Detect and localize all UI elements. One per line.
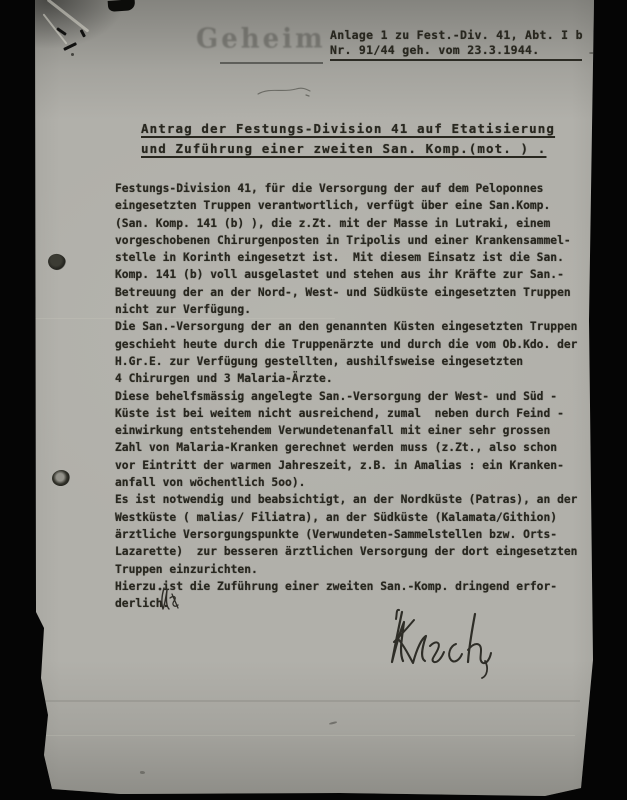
text-line: Truppen einzurichten. [115, 561, 585, 578]
handwritten-initials [158, 585, 184, 615]
hole-punch [46, 252, 68, 272]
text-line: Westküste ( malias/ Filiatra), an der Sü… [115, 509, 585, 526]
text-line: ärztliche Versorgungspunkte (Verwundeten… [115, 526, 585, 543]
document-page: Geheim Anlage 1 zu Fest.-Div. 41, Abt. I… [0, 0, 627, 800]
text-line: Lazarette) zur besseren ärztlichen Verso… [115, 543, 585, 560]
text-line: Komp. 141 (b) voll ausgelastet und stehe… [115, 266, 585, 283]
geheim-stamp: Geheim [196, 23, 326, 55]
text-line: 4 Chirurgen und 3 Malaria-Ärzte. [115, 370, 585, 387]
stamp-underline [220, 62, 323, 64]
text-line: geschieht heute durch die Truppenärzte u… [115, 336, 585, 353]
text-line: H.Gr.E. zur Verfügung gestellten, aushil… [115, 353, 585, 370]
text-line: (San. Komp. 141 (b) ), die z.Zt. mit der… [115, 215, 585, 232]
text-line: vorgeschobenen Chirurgenposten in Tripol… [115, 232, 585, 249]
text-line: Hierzu ist die Zuführung einer zweiten S… [115, 578, 585, 595]
text-line: Festungs-Division 41, für die Versorgung… [115, 180, 585, 197]
header-file-number: Nr. 91/44 geh. vom 23.3.1944. [330, 43, 582, 61]
signature [372, 598, 522, 683]
dust-speck [71, 53, 74, 56]
text-line: Diese behelfsmässig angelegte San.-Verso… [115, 388, 585, 405]
text-line: nicht zur Verfügung. [115, 301, 585, 318]
document-body: Festungs-Division 41, für die Versorgung… [115, 180, 585, 612]
pencil-mark [256, 84, 314, 100]
dust-speck [140, 771, 145, 774]
text-line: eingesetzten Truppen verantwortlich, ver… [115, 197, 585, 214]
document-title: Antrag der Festungs-Division 41 auf Etat… [141, 119, 555, 158]
text-line: Betreuung der an der Nord-, West- und Sü… [115, 284, 585, 301]
dust-speck [589, 52, 595, 54]
title-line-2: und Zuführung einer zweiten San. Komp.(m… [141, 139, 555, 159]
text-line: Zahl von Malaria-Kranken gerechnet werde… [115, 439, 585, 456]
text-line: Die San.-Versorgung der an den genannten… [115, 318, 585, 335]
corner-shadow [30, 0, 150, 90]
text-line: anfall von wöchentlich 5oo). [115, 474, 585, 491]
text-line: vor Eintritt der warmen Jahreszeit, z.B.… [115, 457, 585, 474]
document-header: Anlage 1 zu Fest.-Div. 41, Abt. I b Nr. … [330, 28, 583, 61]
text-line: einwirkung entstehendem Verwundetenanfal… [115, 422, 585, 439]
text-line: stelle in Korinth eingesetzt ist. Mit di… [115, 249, 585, 266]
title-line-1: Antrag der Festungs-Division 41 auf Etat… [141, 119, 555, 139]
dust-speck [329, 721, 337, 724]
text-line: Küste ist bei weitem nicht ausreichend, … [115, 405, 585, 422]
hole-punch [51, 469, 72, 488]
header-reference: Anlage 1 zu Fest.-Div. 41, Abt. I b [330, 28, 583, 43]
scan-background: Geheim Anlage 1 zu Fest.-Div. 41, Abt. I… [0, 0, 627, 800]
text-line: Es ist notwendig und beabsichtigt, an de… [115, 491, 585, 508]
